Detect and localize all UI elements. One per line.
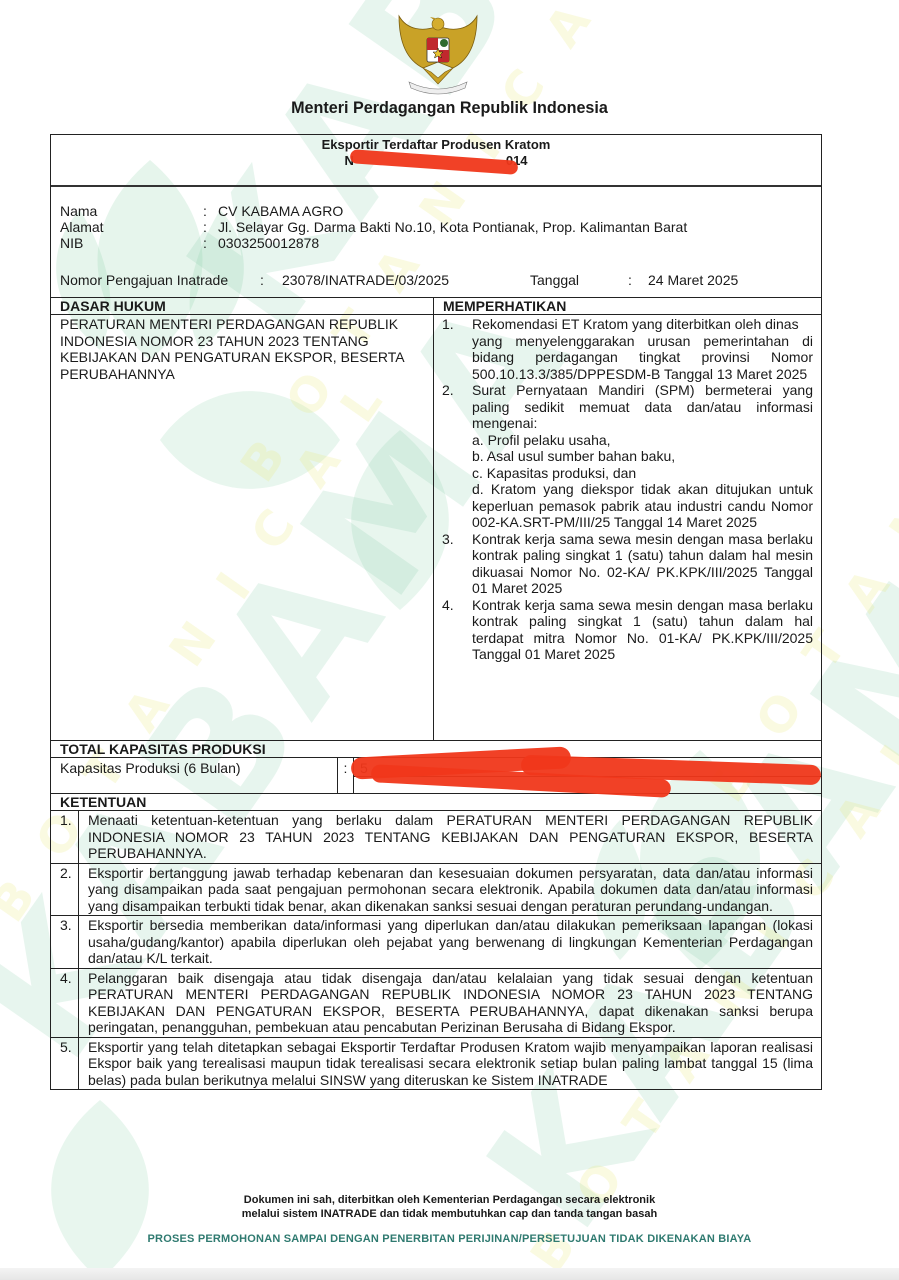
dasar-hukum-heading: DASAR HUKUM (51, 298, 434, 314)
free-of-charge-notice: PROSES PERMOHONAN SAMPAI DENGAN PENERBIT… (0, 1233, 899, 1245)
ketentuan-item: 5. Eksportir yang telah ditetapkan sebag… (51, 1038, 821, 1090)
legal-basis-header-row: DASAR HUKUM MEMPERHATIKAN (51, 297, 821, 315)
ketentuan-item: 4. Pelanggaran baik disengaja atau tidak… (51, 969, 821, 1038)
validity-note-line: Dokumen ini sah, diterbitkan oleh Kement… (0, 1193, 899, 1207)
item-line: Kontrak kerja sama sewa mesin dengan mas… (472, 597, 813, 663)
submission-date: 24 Maret 2025 (648, 272, 738, 288)
item-line: Rekomendasi ET Kratom yang diterbitkan o… (472, 316, 813, 333)
item-text: Pelanggaran baik disengaja atau tidak di… (79, 969, 821, 1037)
ketentuan-list: 1. Menaati ketentuan-ketentuan yang berl… (51, 811, 821, 1089)
item-line: yang menyelenggarakan urusan pemerintaha… (472, 333, 813, 383)
item-text: Eksportir yang telah ditetapkan sebagai … (79, 1038, 821, 1090)
ketentuan-item: 1. Menaati ketentuan-ketentuan yang berl… (51, 811, 821, 864)
info-row-alamat: Alamat : Jl. Selayar Gg. Darma Bakti No.… (60, 219, 812, 235)
company-info: Nama : CV KABAMA AGRO Alamat : Jl. Selay… (51, 187, 821, 297)
submission-number: 23078/INATRADE/03/2025 (282, 272, 530, 288)
submission-label: Nomor Pengajuan Inatrade (60, 272, 260, 288)
item-number: 3. (442, 531, 472, 597)
item-line: a. Profil pelaku usaha, (472, 432, 813, 449)
item-text: Kontrak kerja sama sewa mesin dengan mas… (472, 531, 813, 597)
garuda-emblem-icon (393, 12, 483, 100)
certificate-frame: Eksportir Terdaftar Produsen Kratom N014… (50, 134, 822, 1090)
item-number: 1. (51, 811, 79, 863)
ministry-title: Menteri Perdagangan Republik Indonesia (22, 98, 876, 118)
company-name: CV KABAMA AGRO (218, 203, 343, 219)
item-text: Kontrak kerja sama sewa mesin dengan mas… (472, 597, 813, 663)
item-text: Eksportir bertanggung jawab terhadap keb… (79, 864, 821, 916)
certificate-document: Menteri Perdagangan Republik Indonesia E… (0, 0, 899, 1280)
item-line: d. Kratom yang diekspor tidak akan dituj… (472, 481, 813, 531)
item-line: Surat Pernyataan Mandiri (SPM) bermetera… (472, 382, 813, 432)
memperhatikan-item: 4. Kontrak kerja sama sewa mesin dengan … (442, 597, 813, 663)
company-nib: 0303250012878 (218, 235, 319, 251)
item-text: Eksportir bersedia memberikan data/infor… (79, 916, 821, 968)
document-number: N014 (344, 153, 527, 168)
item-number: 4. (442, 597, 472, 663)
validity-note: Dokumen ini sah, diterbitkan oleh Kement… (0, 1193, 899, 1221)
document-title: Eksportir Terdaftar Produsen Kratom (51, 137, 821, 152)
submission-colon: : (260, 272, 282, 288)
legal-basis-section: PERATURAN MENTERI PERDAGANGAN REPUBLIK I… (51, 315, 821, 741)
info-label: Alamat (60, 219, 203, 235)
info-colon: : (203, 203, 218, 219)
info-colon: : (203, 219, 218, 235)
submission-row: Nomor Pengajuan Inatrade : 23078/INATRAD… (60, 272, 738, 288)
memperhatikan-list: 1. Rekomendasi ET Kratom yang diterbitka… (442, 316, 813, 663)
page-bottom-edge (0, 1268, 899, 1280)
item-number: 3. (51, 916, 79, 968)
item-number: 2. (442, 382, 472, 531)
ketentuan-item: 2. Eksportir bertanggung jawab terhadap … (51, 864, 821, 917)
ketentuan-heading: KETENTUAN (51, 794, 821, 811)
kapasitas-row: Kapasitas Produksi (6 Bulan) : 5 (51, 758, 821, 794)
validity-note-line: melalui sistem INATRADE dan tidak membut… (0, 1207, 899, 1221)
item-text: Rekomendasi ET Kratom yang diterbitkan o… (472, 316, 813, 382)
info-colon: : (203, 235, 218, 251)
item-number: 4. (51, 969, 79, 1037)
memperhatikan-heading: MEMPERHATIKAN (434, 298, 575, 314)
ketentuan-item: 3. Eksportir bersedia memberikan data/in… (51, 916, 821, 969)
item-text: Surat Pernyataan Mandiri (SPM) bermetera… (472, 382, 813, 531)
memperhatikan-cell: 1. Rekomendasi ET Kratom yang diterbitka… (434, 315, 821, 740)
company-address: Jl. Selayar Gg. Darma Bakti No.10, Kota … (218, 219, 687, 235)
item-text: Menaati ketentuan-ketentuan yang berlaku… (79, 811, 821, 863)
info-row-nib: NIB : 0303250012878 (60, 235, 812, 251)
memperhatikan-item: 3. Kontrak kerja sama sewa mesin dengan … (442, 531, 813, 597)
item-number: 5. (51, 1038, 79, 1090)
item-line: b. Asal usul sumber bahan baku, (472, 448, 813, 465)
item-number: 2. (51, 864, 79, 916)
redaction-mark (350, 149, 519, 175)
item-number: 1. (442, 316, 472, 382)
document-header: Eksportir Terdaftar Produsen Kratom N014 (51, 135, 821, 187)
date-label: Tanggal (530, 272, 628, 288)
date-colon: : (628, 272, 648, 288)
dasar-hukum-text: PERATURAN MENTERI PERDAGANGAN REPUBLIK I… (60, 316, 424, 382)
item-line: c. Kapasitas produksi, dan (472, 465, 813, 482)
memperhatikan-item: 2. Surat Pernyataan Mandiri (SPM) bermet… (442, 382, 813, 531)
item-line: Kontrak kerja sama sewa mesin dengan mas… (472, 531, 813, 597)
kapasitas-label: Kapasitas Produksi (6 Bulan) (51, 758, 338, 793)
info-label: NIB (60, 235, 203, 251)
info-label: Nama (60, 203, 203, 219)
info-row-nama: Nama : CV KABAMA AGRO (60, 203, 812, 219)
memperhatikan-item: 1. Rekomendasi ET Kratom yang diterbitka… (442, 316, 813, 382)
dasar-hukum-cell: PERATURAN MENTERI PERDAGANGAN REPUBLIK I… (51, 315, 434, 740)
